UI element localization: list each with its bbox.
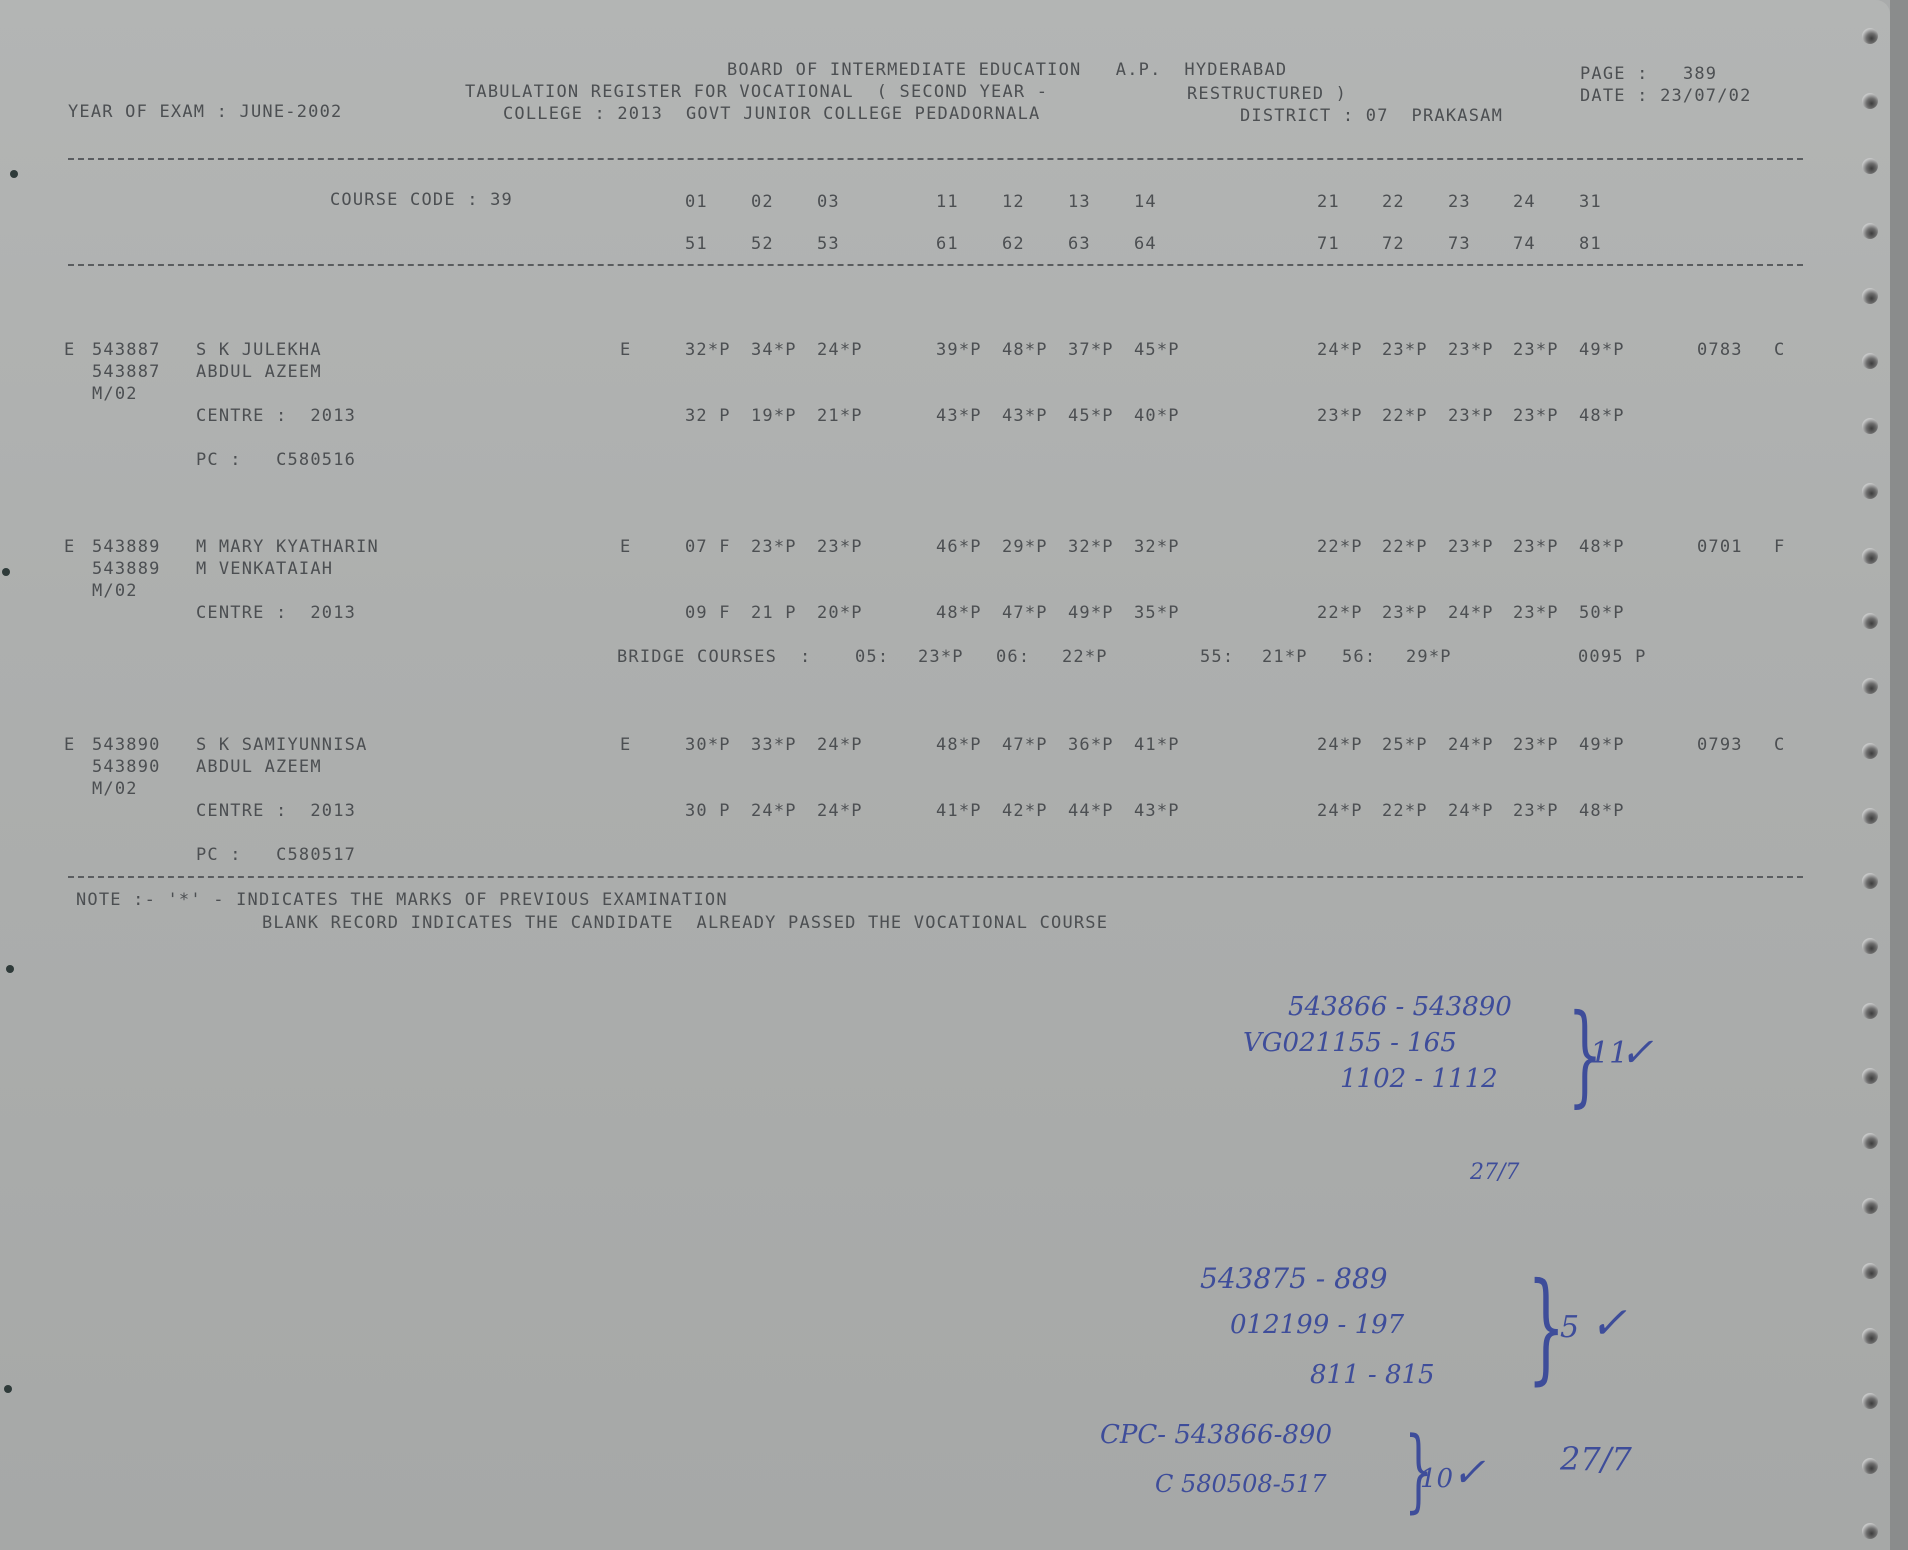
mark-cell: 23*P <box>1513 735 1559 755</box>
mark-cell: 41*P <box>936 801 982 821</box>
pc-info: PC : C580516 <box>196 450 356 470</box>
column-code: 73 <box>1448 234 1471 254</box>
feed-hole <box>1862 873 1878 889</box>
print-date: DATE : 23/07/02 <box>1580 86 1752 106</box>
hall-ticket-number: 543889 <box>92 537 161 557</box>
feed-hole <box>1862 1003 1878 1019</box>
bridge-course-code: 56: <box>1342 647 1376 667</box>
mark-cell: 44*P <box>1068 801 1114 821</box>
column-code: 53 <box>817 234 840 254</box>
mark-cell: 48*P <box>936 735 982 755</box>
feed-hole <box>1862 353 1878 369</box>
divider <box>68 158 1803 160</box>
mark-cell: 07 F <box>685 537 731 557</box>
feed-hole <box>1862 1523 1878 1539</box>
feed-hole <box>1862 93 1878 109</box>
feed-hole <box>1862 678 1878 694</box>
mark-cell: 32 P <box>685 406 731 426</box>
feed-hole <box>1862 1263 1878 1279</box>
mark-cell: 24*P <box>1448 735 1494 755</box>
mark-cell: 23*P <box>1513 406 1559 426</box>
column-code: 21 <box>1317 192 1340 212</box>
medium: E <box>620 340 631 360</box>
mark-cell: 23*P <box>1513 603 1559 623</box>
column-code: 24 <box>1513 192 1536 212</box>
check-mark-icon: ✓ <box>1452 1450 1486 1496</box>
mark-cell: 40*P <box>1134 406 1180 426</box>
hall-ticket-number: 543887 <box>92 340 161 360</box>
candidate-name: S K SAMIYUNNISA <box>196 735 368 755</box>
feed-hole <box>1862 938 1878 954</box>
feed-hole <box>1862 808 1878 824</box>
column-code: 14 <box>1134 192 1157 212</box>
column-code: 02 <box>751 192 774 212</box>
mark-cell: 43*P <box>1002 406 1048 426</box>
check-mark-icon: ✓ <box>1590 1298 1627 1349</box>
mark-cell: 32*P <box>1068 537 1114 557</box>
mark-cell: 24*P <box>1448 603 1494 623</box>
handwritten-initial-2: 27/7 <box>1560 1440 1632 1478</box>
mark-cell: 24*P <box>1317 735 1363 755</box>
check-mark-icon: ✓ <box>1620 1030 1654 1076</box>
feed-hole <box>1862 288 1878 304</box>
record-prefix: E <box>64 735 75 755</box>
feed-hole <box>1862 1458 1878 1474</box>
mark-cell: 32*P <box>1134 537 1180 557</box>
feed-hole <box>1862 1198 1878 1214</box>
mark-cell: 23*P <box>1382 603 1428 623</box>
mark-cell: 25*P <box>1382 735 1428 755</box>
divider <box>68 876 1803 878</box>
father-name: M VENKATAIAH <box>196 559 333 579</box>
mark-cell: 23*P <box>817 537 863 557</box>
mark-cell: 43*P <box>936 406 982 426</box>
punch-hole <box>10 170 18 178</box>
mark-cell: 33*P <box>751 735 797 755</box>
mark-cell: 29*P <box>1002 537 1048 557</box>
column-code: 74 <box>1513 234 1536 254</box>
mark-cell: 23*P <box>1513 340 1559 360</box>
note-line-2: BLANK RECORD INDICATES THE CANDIDATE ALR… <box>262 913 1108 933</box>
mark-cell: 24*P <box>817 801 863 821</box>
page-edge <box>1890 0 1908 1550</box>
bridge-course-mark: 22*P <box>1062 647 1108 667</box>
feed-hole <box>1862 548 1878 564</box>
registration-number: 543889 <box>92 559 161 579</box>
course-code: COURSE CODE : 39 <box>330 190 513 210</box>
page-number: PAGE : 389 <box>1580 64 1717 84</box>
restructured-label: RESTRUCTURED ) <box>1187 84 1347 104</box>
mark-cell: 22*P <box>1382 406 1428 426</box>
category-code: M/02 <box>92 384 138 404</box>
feed-hole <box>1862 418 1878 434</box>
punch-hole <box>6 965 14 973</box>
mark-cell: 24*P <box>1317 340 1363 360</box>
mark-cell: 23*P <box>1448 340 1494 360</box>
feed-hole <box>1862 613 1878 629</box>
column-code: 23 <box>1448 192 1471 212</box>
total-marks: 0793 <box>1697 735 1743 755</box>
handwritten-range-3: 1102 - 1112 <box>1340 1064 1498 1094</box>
mark-cell: 48*P <box>1002 340 1048 360</box>
board-title: BOARD OF INTERMEDIATE EDUCATION A.P. HYD… <box>727 60 1287 80</box>
divider <box>68 264 1803 266</box>
mark-cell: 39*P <box>936 340 982 360</box>
mark-cell: 49*P <box>1579 735 1625 755</box>
mark-cell: 48*P <box>1579 801 1625 821</box>
mark-cell: 34*P <box>751 340 797 360</box>
college-info: COLLEGE : 2013 GOVT JUNIOR COLLEGE PEDAD… <box>503 104 1040 124</box>
record-prefix: E <box>64 340 75 360</box>
feed-hole <box>1862 483 1878 499</box>
mark-cell: 48*P <box>1579 406 1625 426</box>
column-code: 51 <box>685 234 708 254</box>
mark-cell: 23*P <box>1513 537 1559 557</box>
register-title: TABULATION REGISTER FOR VOCATIONAL ( SEC… <box>465 82 1048 102</box>
mark-cell: 22*P <box>1317 603 1363 623</box>
column-code: 64 <box>1134 234 1157 254</box>
mark-cell: 45*P <box>1068 406 1114 426</box>
mark-cell: 23*P <box>1513 801 1559 821</box>
column-code: 81 <box>1579 234 1602 254</box>
mark-cell: 48*P <box>936 603 982 623</box>
feed-hole <box>1862 158 1878 174</box>
mark-cell: 46*P <box>936 537 982 557</box>
father-name: ABDUL AZEEM <box>196 362 322 382</box>
column-code: 61 <box>936 234 959 254</box>
mark-cell: 24*P <box>1317 801 1363 821</box>
total-marks: 0701 <box>1697 537 1743 557</box>
handwritten-range-5: 012199 - 197 <box>1230 1310 1404 1340</box>
mark-cell: 49*P <box>1579 340 1625 360</box>
mark-cell: 24*P <box>817 735 863 755</box>
category-code: M/02 <box>92 779 138 799</box>
result-code: C <box>1774 735 1785 755</box>
medium: E <box>620 735 631 755</box>
mark-cell: 30 P <box>685 801 731 821</box>
feed-hole <box>1862 1133 1878 1149</box>
feed-hole <box>1862 1328 1878 1344</box>
bridge-course-mark: 23*P <box>918 647 964 667</box>
feed-hole <box>1862 1068 1878 1084</box>
column-code: 22 <box>1382 192 1405 212</box>
mark-cell: 24*P <box>751 801 797 821</box>
column-code: 01 <box>685 192 708 212</box>
column-code: 63 <box>1068 234 1091 254</box>
result-code: F <box>1774 537 1785 557</box>
bridge-total: 0095 P <box>1578 647 1647 667</box>
mark-cell: 41*P <box>1134 735 1180 755</box>
punch-hole <box>2 568 10 576</box>
mark-cell: 50*P <box>1579 603 1625 623</box>
mark-cell: 49*P <box>1068 603 1114 623</box>
mark-cell: 43*P <box>1134 801 1180 821</box>
column-code: 62 <box>1002 234 1025 254</box>
registration-number: 543890 <box>92 757 161 777</box>
handwritten-range-1: 543866 - 543890 <box>1288 992 1512 1022</box>
mark-cell: 30*P <box>685 735 731 755</box>
record-prefix: E <box>64 537 75 557</box>
punch-hole <box>4 1385 12 1393</box>
mark-cell: 37*P <box>1068 340 1114 360</box>
district-info: DISTRICT : 07 PRAKASAM <box>1240 106 1503 126</box>
candidate-name: M MARY KYATHARIN <box>196 537 379 557</box>
handwritten-range-2: VG021155 - 165 <box>1243 1028 1457 1058</box>
centre-info: CENTRE : 2013 <box>196 801 356 821</box>
hall-ticket-number: 543890 <box>92 735 161 755</box>
handwritten-range-7: CPC- 543866-890 <box>1100 1420 1332 1450</box>
mark-cell: 32*P <box>685 340 731 360</box>
centre-info: CENTRE : 2013 <box>196 603 356 623</box>
mark-cell: 47*P <box>1002 735 1048 755</box>
handwritten-count-2: 5 <box>1560 1310 1579 1345</box>
mark-cell: 36*P <box>1068 735 1114 755</box>
mark-cell: 42*P <box>1002 801 1048 821</box>
mark-cell: 09 F <box>685 603 731 623</box>
bridge-courses-label: BRIDGE COURSES <box>617 647 777 667</box>
mark-cell: 24*P <box>817 340 863 360</box>
bridge-course-mark: 29*P <box>1406 647 1452 667</box>
result-code: C <box>1774 340 1785 360</box>
centre-info: CENTRE : 2013 <box>196 406 356 426</box>
note-line-1: NOTE :- '*' - INDICATES THE MARKS OF PRE… <box>76 890 728 910</box>
mark-cell: 22*P <box>1382 801 1428 821</box>
mark-cell: 22*P <box>1317 537 1363 557</box>
mark-cell: 45*P <box>1134 340 1180 360</box>
column-code: 03 <box>817 192 840 212</box>
mark-cell: 23*P <box>751 537 797 557</box>
bridge-course-code: 06: <box>996 647 1030 667</box>
mark-cell: 47*P <box>1002 603 1048 623</box>
mark-cell: 23*P <box>1448 406 1494 426</box>
mark-cell: 24*P <box>1448 801 1494 821</box>
mark-cell: 21 P <box>751 603 797 623</box>
bridge-course-code: 55: <box>1200 647 1234 667</box>
handwritten-range-4: 543875 - 889 <box>1200 1262 1388 1295</box>
mark-cell: 21*P <box>817 406 863 426</box>
mark-cell: 19*P <box>751 406 797 426</box>
column-code: 12 <box>1002 192 1025 212</box>
column-code: 52 <box>751 234 774 254</box>
handwritten-range-6: 811 - 815 <box>1310 1360 1435 1390</box>
feed-hole <box>1862 1393 1878 1409</box>
mark-cell: 22*P <box>1382 537 1428 557</box>
bridge-course-code: 05: <box>855 647 889 667</box>
column-code: 31 <box>1579 192 1602 212</box>
total-marks: 0783 <box>1697 340 1743 360</box>
feed-hole <box>1862 28 1878 44</box>
column-code: 71 <box>1317 234 1340 254</box>
handwritten-range-8: C 580508-517 <box>1155 1470 1327 1498</box>
feed-hole <box>1862 223 1878 239</box>
bridge-course-mark: 21*P <box>1262 647 1308 667</box>
bridge-colon: : <box>800 647 811 667</box>
mark-cell: 23*P <box>1448 537 1494 557</box>
father-name: ABDUL AZEEM <box>196 757 322 777</box>
mark-cell: 23*P <box>1382 340 1428 360</box>
medium: E <box>620 537 631 557</box>
column-code: 72 <box>1382 234 1405 254</box>
mark-cell: 35*P <box>1134 603 1180 623</box>
category-code: M/02 <box>92 581 138 601</box>
handwritten-initial-1: 27/7 <box>1470 1160 1519 1185</box>
column-code: 11 <box>936 192 959 212</box>
feed-hole <box>1862 743 1878 759</box>
pc-info: PC : C580517 <box>196 845 356 865</box>
column-code: 13 <box>1068 192 1091 212</box>
handwritten-count-3: 10 <box>1420 1464 1453 1494</box>
candidate-name: S K JULEKHA <box>196 340 322 360</box>
mark-cell: 23*P <box>1317 406 1363 426</box>
year-of-exam: YEAR OF EXAM : JUNE-2002 <box>68 102 342 122</box>
mark-cell: 48*P <box>1579 537 1625 557</box>
registration-number: 543887 <box>92 362 161 382</box>
mark-cell: 20*P <box>817 603 863 623</box>
